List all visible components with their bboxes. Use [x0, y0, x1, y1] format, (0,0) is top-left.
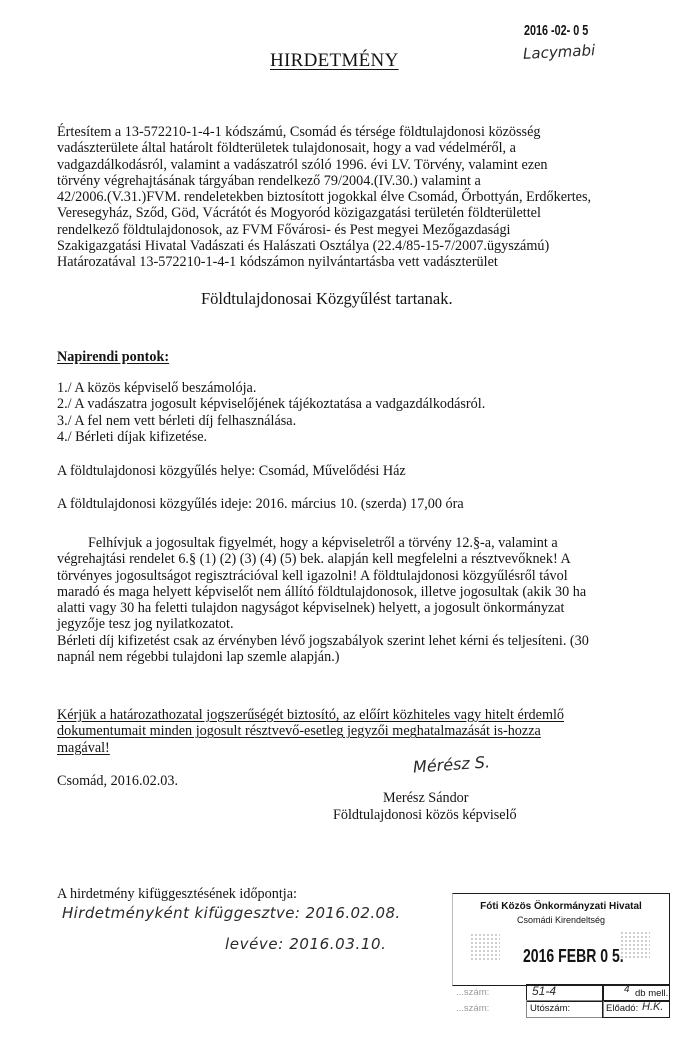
signer-name: Merész Sándor [383, 790, 469, 806]
notice-line: végrehajtási rendelet 6.§ (1) (2) (3) (4… [57, 551, 589, 567]
received-handwritten-note: Lacymabi [523, 42, 596, 62]
intro-line: Határozatával 13-572210-1-4-1 kódszámon … [57, 254, 591, 270]
request-line: Kérjük a határozathozatal jogszerűségét … [57, 707, 564, 723]
posting-handwritten-posted: Hirdetményként kifüggesztve: 2016.02.08. [62, 905, 401, 921]
request-line: dokumentumait minden jogosult résztvevő-… [57, 723, 564, 739]
intro-line: rendelkező földtulajdonosok, az FVM Fővá… [57, 222, 591, 238]
notice-paragraph: Felhívjuk a jogosultak figyelmét, hogy a… [57, 535, 589, 665]
stamp-date: 2016 FEBR 0 5. [523, 948, 624, 964]
request-paragraph: Kérjük a határozathozatal jogszerűségét … [57, 707, 564, 756]
stamp-officer-label: Előadó: [606, 1003, 638, 1014]
intro-line: Veresegyház, Sződ, Göd, Vácrátót és Mogy… [57, 205, 591, 221]
stamp-office-subtitle: Csomádi Kirendeltség [452, 912, 670, 928]
notice-line: maradó és maga helyett képviselőt nem ál… [57, 584, 589, 600]
document-title: HIRDETMÉNY [270, 53, 399, 69]
agenda-item: 3./ A fel nem vett bérleti díj felhaszná… [57, 413, 485, 429]
posting-handwritten-removed: levéve: 2016.03.10. [225, 936, 386, 952]
notice-line: Felhívjuk a jogosultak figyelmét, hogy a… [57, 535, 589, 551]
stamp-row2-label: ...szám: [456, 1003, 489, 1014]
office-registration-stamp: Fóti Közös Önkormányzati Hivatal Csomádi… [452, 893, 670, 1030]
intro-line: Szakigazgatási Hivatal Vadászati és Halá… [57, 238, 591, 254]
notice-line: alatti vagy 30 ha feletti tulajdon nagys… [57, 600, 589, 616]
place-and-date: Csomád, 2016.02.03. [57, 773, 178, 789]
meeting-venue: A földtulajdonosi közgyűlés helye: Csomá… [57, 463, 406, 479]
signature-mark: Mérész S. [413, 754, 491, 776]
stamp-seal-left [470, 933, 500, 961]
intro-line: vadászterülete által határolt földterüle… [57, 140, 591, 156]
agenda-title: Napirendi pontok: [57, 349, 169, 365]
stamp-subnumber-label: Utószám: [530, 1003, 570, 1014]
agenda-item: 1./ A közös képviselő beszámolója. [57, 380, 485, 396]
stamp-seal-right [620, 931, 650, 959]
intro-line: 42/2006.(V.31.)FVM. rendeletekben biztos… [57, 189, 591, 205]
posting-label: A hirdetmény kifüggesztésének időpontja: [57, 886, 297, 902]
signer-role: Földtulajdonosi közös képviselő [333, 807, 517, 823]
stamp-row1-value: 51-4 [532, 984, 556, 998]
intro-line: vadgazdálkodásról, valamint a vadászatró… [57, 157, 591, 173]
received-date-stamp: 2016 -02- 0 5 [524, 23, 588, 39]
intro-line: Értesítem a 13-572210-1-4-1 kódszámú, Cs… [57, 124, 591, 140]
stamp-attachment-label: db mell. [635, 988, 668, 999]
stamp-officer-initials: H.K. [642, 1001, 663, 1013]
notice-line: jegyzője tesz jog nyilatkozatot. [57, 616, 589, 632]
meeting-heading: Földtulajdonosai Közgyűlést tartanak. [201, 291, 453, 307]
stamp-attachment-count: 4 [624, 984, 630, 995]
stamp-row1-label: ...szám: [456, 987, 489, 998]
agenda-item: 4./ Bérleti díjak kifizetése. [57, 429, 485, 445]
agenda-item: 2./ A vadászatra jogosult képviselőjének… [57, 396, 485, 412]
notice-line: Bérleti díj kifizetést csak az érvényben… [57, 633, 589, 649]
notice-line: törvényes jogosultságot regisztrációval … [57, 568, 589, 584]
agenda-list: 1./ A közös képviselő beszámolója. 2./ A… [57, 380, 485, 445]
intro-paragraph: Értesítem a 13-572210-1-4-1 kódszámú, Cs… [57, 124, 591, 271]
meeting-time: A földtulajdonosi közgyűlés ideje: 2016.… [57, 496, 464, 512]
notice-line: napnál nem régebbi tulajdoni lap szemle … [57, 649, 589, 665]
intro-line: törvény végrehajtásának tárgyában rendel… [57, 173, 591, 189]
